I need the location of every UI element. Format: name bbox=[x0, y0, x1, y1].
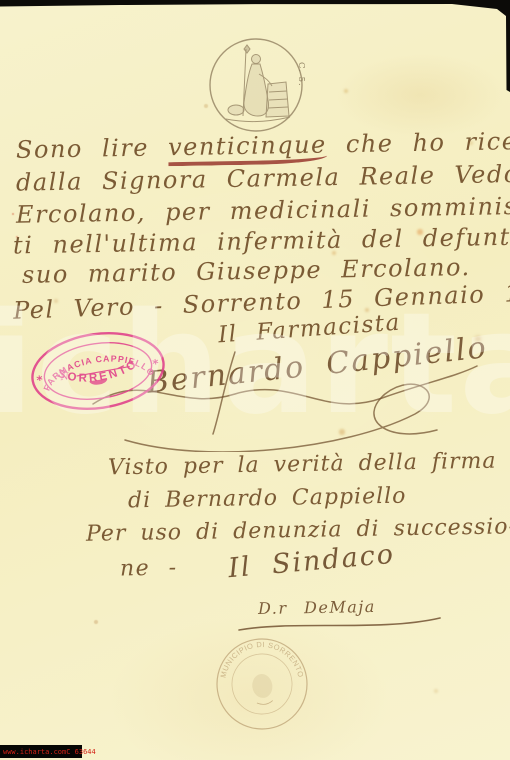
visto-line-4: ne - bbox=[120, 555, 178, 581]
pharmacy-stamp-deco-right: * bbox=[152, 356, 161, 371]
scanned-document: C. 5. Sono lire venticinque che ho ricev… bbox=[0, 0, 510, 760]
line1-prefix: Sono lire bbox=[16, 134, 149, 164]
svg-text:FARMACIA CAPPIELLO: FARMACIA CAPPIELLO bbox=[38, 346, 158, 393]
bollo-denomination-label: C. 5. bbox=[296, 62, 306, 87]
visto-line-1: Visto per la verità della firma bbox=[108, 449, 497, 481]
visto-line-2: di Bernardo Cappiello bbox=[128, 484, 407, 514]
pharmacy-stamp-n-label: N. bbox=[59, 371, 72, 384]
pharmacy-stamp-arc-top: FARMACIA CAPPIELLO bbox=[38, 346, 158, 393]
revenue-stamp-emblem-icon: C. 5. bbox=[206, 36, 306, 136]
seller-url: www.icharta.com bbox=[3, 748, 66, 756]
seller-footer-bar: www.icharta.com C 63644 bbox=[0, 745, 82, 758]
underlined-amount: venticinque bbox=[168, 130, 327, 166]
seller-code: C 63644 bbox=[66, 748, 96, 756]
pharmacy-stamp-deco-left: * bbox=[36, 373, 45, 388]
foxing-spots bbox=[0, 0, 2, 2]
body-line-2: dalla Signora Carmela Reale Vedova bbox=[16, 159, 510, 196]
municipal-seal: MUNICIPIO DI SORRENTO bbox=[204, 625, 319, 743]
visto-line-3: Per uso di denunzia di successio- bbox=[86, 514, 510, 547]
body-line-1: Sono lire venticinque che ho ricevuto bbox=[16, 126, 510, 164]
line1-suffix: che ho ricevuto bbox=[346, 126, 510, 158]
sindaco-signature: Il Sindaco bbox=[227, 539, 396, 584]
